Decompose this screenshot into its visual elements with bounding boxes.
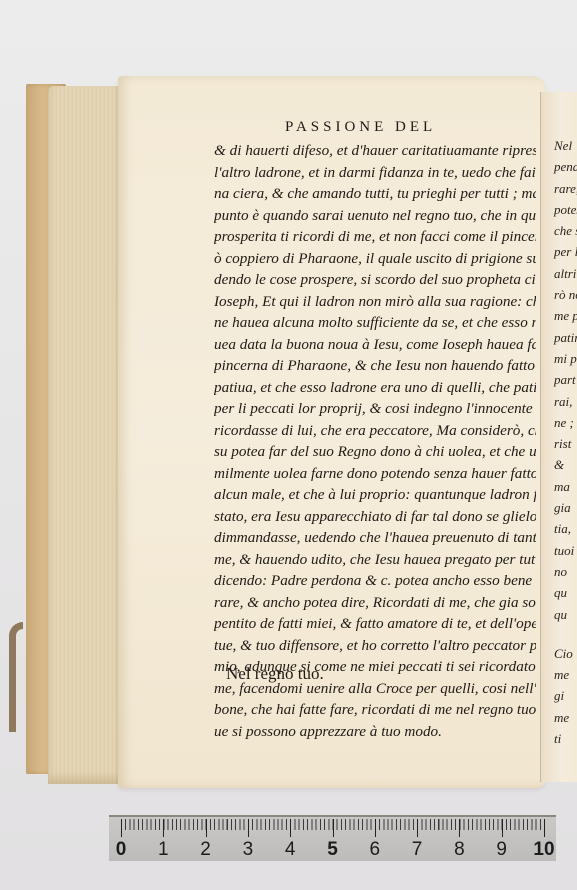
- facing-text-line: gia: [554, 497, 577, 518]
- facing-text-line: [554, 625, 577, 643]
- facing-text-line: me p: [554, 305, 577, 326]
- facing-text-line: ma: [554, 476, 577, 497]
- ruler-major-tick: [290, 819, 291, 837]
- ruler-label: 6: [370, 839, 381, 861]
- text-line: per li peccati lor proprij, & cosi indeg…: [214, 398, 536, 420]
- facing-text-line: pena: [554, 156, 577, 177]
- facing-text-line: Cio: [554, 643, 577, 664]
- ruler-label: 8: [454, 839, 465, 861]
- facing-text-line: me: [554, 664, 577, 685]
- text-line: ne hauea alcuna molto sufficiente da se,…: [214, 312, 536, 334]
- facing-text-line: qu: [554, 604, 577, 625]
- facing-text-line: per l: [554, 241, 577, 262]
- ruler-label: 0: [116, 839, 127, 861]
- ruler-major-tick: [206, 819, 207, 837]
- text-line: stato, era Iesu apparecchiato di far tal…: [214, 506, 536, 528]
- text-line: ue si possono apprezzare à tuo modo.: [214, 721, 536, 743]
- ruler-label: 4: [285, 839, 296, 861]
- measurement-ruler: 012345678910: [109, 815, 556, 861]
- text-line: tue, & tuo diffensore, et ho corretto l'…: [214, 635, 536, 657]
- ruler-label: 3: [243, 839, 254, 861]
- text-line: dendo le cose prospere, si scordo del su…: [214, 269, 536, 291]
- ruler-major-tick: [375, 819, 376, 837]
- text-line: patiua, et che esso ladrone era uno di q…: [214, 377, 536, 399]
- ruler-major-tick: [417, 819, 418, 837]
- facing-text-line: ne ;: [554, 412, 577, 433]
- text-line: dimmandasse, uedendo che l'hauea preuenu…: [214, 527, 536, 549]
- ruler-label: 10: [533, 839, 554, 861]
- facing-text-line: potes: [554, 199, 577, 220]
- text-line: rare, & ancho potea dire, Ricordati di m…: [214, 592, 536, 614]
- text-line: bone, che hai fatte fare, ricordati di m…: [214, 699, 536, 721]
- running-head: PASSIONE DEL: [285, 119, 436, 136]
- ruler-label: 9: [496, 839, 507, 861]
- facing-page-text: Nelpenarare,potesche sper laltrirò nome …: [554, 135, 577, 749]
- ruler-major-tick: [459, 819, 460, 837]
- facing-text-line: tia,: [554, 518, 577, 539]
- facing-text-line: mi p: [554, 348, 577, 369]
- page-block-edges: [48, 86, 120, 784]
- text-line: alcun male, et che à lui proprio: quantu…: [214, 484, 536, 506]
- facing-text-line: tuoi: [554, 540, 577, 561]
- facing-text-line: rist: [554, 433, 577, 454]
- facing-text-line: &: [554, 454, 577, 475]
- facing-text-line: ti: [554, 728, 577, 749]
- body-text: & di hauerti difeso, et d'hauer caritati…: [214, 140, 536, 742]
- text-line: prosperita ti ricordi di me, et non facc…: [214, 226, 536, 248]
- section-heading: Nel regno tuo.: [226, 664, 324, 684]
- text-line: me, & hauendo udito, che Iesu hauea preg…: [214, 549, 536, 571]
- text-line: su potea far del suo Regno dono à chi uo…: [214, 441, 536, 463]
- ruler-label: 5: [327, 839, 338, 861]
- facing-text-line: gi: [554, 685, 577, 706]
- text-line: ricordasse di lui, che era peccatore, Ma…: [214, 420, 536, 442]
- text-line: ò coppiero di Pharaone, il quale uscito …: [214, 248, 536, 270]
- facing-text-line: rai,: [554, 391, 577, 412]
- text-line: pentito de fatti miei, & fatto amatore d…: [214, 613, 536, 635]
- text-line: Ioseph, Et qui il ladron non mirò alla s…: [214, 291, 536, 313]
- facing-text-line: part: [554, 369, 577, 390]
- ruler-major-tick: [121, 819, 122, 837]
- text-line: uea data la buona noua à Iesu, come Iose…: [214, 334, 536, 356]
- facing-text-line: rò no: [554, 284, 577, 305]
- facing-text-line: patir: [554, 327, 577, 348]
- book-photograph: PASSIONE DEL & di hauerti difeso, et d'h…: [0, 0, 577, 800]
- ruler-label: 7: [412, 839, 423, 861]
- ruler-major-tick: [248, 819, 249, 837]
- text-line: & di hauerti difeso, et d'hauer caritati…: [214, 140, 536, 162]
- bookmark-ribbon: [9, 622, 23, 732]
- text-line: l'altro ladrone, et in darmi fidanza in …: [214, 162, 536, 184]
- ruler-major-tick: [502, 819, 503, 837]
- ruler-label: 2: [200, 839, 211, 861]
- facing-text-line: Nel: [554, 135, 577, 156]
- text-line: punto è quando sarai uenuto nel regno tu…: [214, 205, 536, 227]
- text-line: pincerna di Pharaone, & che Iesu non hau…: [214, 355, 536, 377]
- ruler-major-tick: [544, 819, 545, 837]
- ruler-major-tick: [163, 819, 164, 837]
- text-line: milmente uolea farne dono potendo senza …: [214, 463, 536, 485]
- facing-text-line: no: [554, 561, 577, 582]
- ruler-major-tick: [333, 819, 334, 837]
- text-line: dicendo: Padre perdona & c. potea ancho …: [214, 570, 536, 592]
- facing-text-line: me: [554, 707, 577, 728]
- facing-text-line: altri: [554, 263, 577, 284]
- facing-text-line: rare,: [554, 178, 577, 199]
- ruler-label: 1: [158, 839, 169, 861]
- facing-text-line: che s: [554, 220, 577, 241]
- text-line: na ciera, & che amando tutti, tu prieghi…: [214, 183, 536, 205]
- facing-text-line: qu: [554, 582, 577, 603]
